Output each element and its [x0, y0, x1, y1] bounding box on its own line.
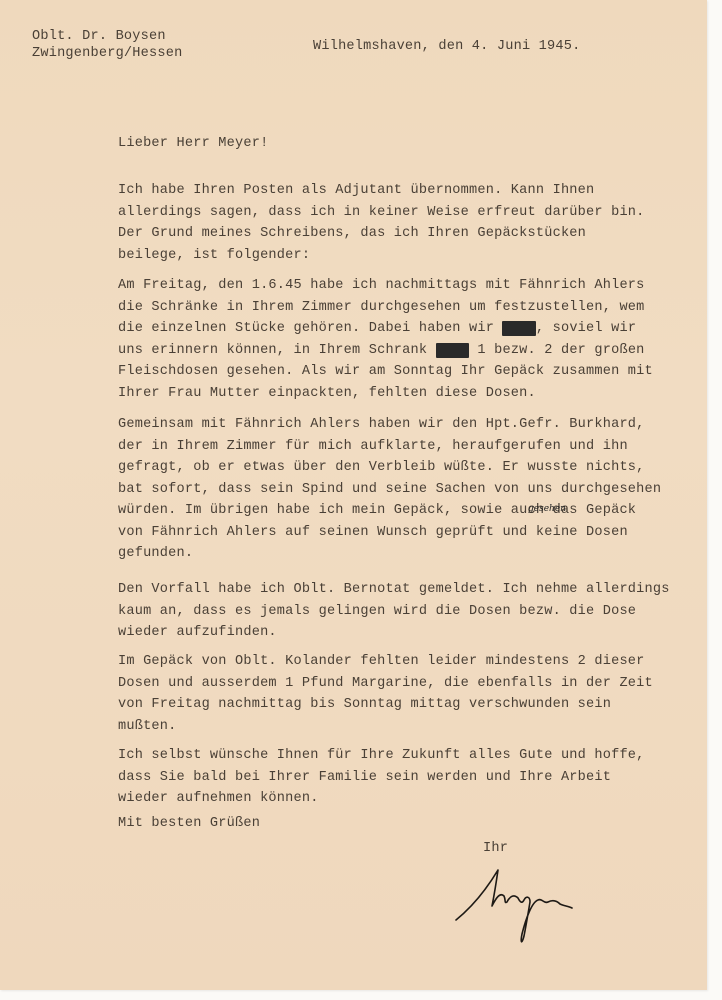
text-line: Ich habe Ihren Posten als Adjutant übern…	[118, 183, 594, 198]
text-line: Im Gepäck von Oblt. Kolander fehlten lei…	[118, 654, 645, 669]
paragraph-3: Gemeinsam mit Fähnrich Ahlers haben wir …	[118, 414, 661, 565]
text-line: Ihrer Frau Mutter einpackten, fehlten di…	[118, 386, 536, 401]
salutation: Lieber Herr Meyer!	[118, 133, 268, 155]
text-line: der in Ihrem Zimmer für mich aufklarte, …	[118, 439, 628, 454]
sender-block: Oblt. Dr. Boysen Zwingenberg/Hessen	[32, 28, 182, 62]
text-line: Dosen und ausserdem 1 Pfund Margarine, d…	[118, 676, 653, 691]
paragraph-4: Den Vorfall habe ich Oblt. Bernotat geme…	[118, 579, 670, 644]
text-line: Fleischdosen gesehen. Als wir am Sonntag…	[118, 364, 653, 379]
text-line: kaum an, dass es jemals gelingen wird di…	[118, 604, 636, 619]
text-line: dass Sie bald bei Ihrer Familie sein wer…	[118, 770, 611, 785]
text-fragment: , soviel wir	[536, 321, 636, 336]
text-line: Der Grund meines Schreibens, das ich Ihr…	[118, 226, 586, 241]
text-line: Am Freitag, den 1.6.45 habe ich nachmitt…	[118, 278, 645, 293]
text-line: allerdings sagen, dass ich in keiner Wei…	[118, 205, 645, 220]
text-line: gefragt, ob er etwas über den Verbleib w…	[118, 460, 645, 475]
text-line: mußten.	[118, 719, 177, 734]
handwritten-signature	[452, 862, 582, 947]
text-fragment: 1 bezw. 2 der großen	[469, 343, 645, 358]
text-line: wieder aufnehmen können.	[118, 791, 319, 806]
text-line: uns erinnern können, in Ihrem Schrank	[118, 343, 436, 358]
struck-out-word: auch	[502, 321, 535, 336]
signoff: Ihr	[483, 838, 508, 860]
text-line: von Fähnrich Ahlers auf seinen Wunsch ge…	[118, 525, 628, 540]
sender-location: Zwingenberg/Hessen	[32, 46, 182, 61]
text-line: bat sofort, dass sein Spind und seine Sa…	[118, 482, 661, 497]
text-line: Gemeinsam mit Fähnrich Ahlers haben wir …	[118, 417, 645, 432]
text-line: von Freitag nachmittag bis Sonntag mitta…	[118, 697, 611, 712]
text-line: die einzelnen Stücke gehören. Dabei habe…	[118, 321, 502, 336]
handwritten-correction: gesehen	[528, 504, 566, 514]
letter-page: Oblt. Dr. Boysen Zwingenberg/Hessen Wilh…	[0, 0, 707, 990]
dateline: Wilhelmshaven, den 4. Juni 1945.	[313, 36, 580, 58]
paragraph-1: Ich habe Ihren Posten als Adjutant übern…	[118, 180, 645, 266]
sender-name: Oblt. Dr. Boysen	[32, 29, 166, 44]
closing: Mit besten Grüßen	[118, 813, 260, 835]
text-line: Den Vorfall habe ich Oblt. Bernotat geme…	[118, 582, 670, 597]
text-line: wieder aufzufinden.	[118, 625, 277, 640]
paragraph-2: Am Freitag, den 1.6.45 habe ich nachmitt…	[118, 275, 653, 404]
text-line: beilege, ist folgender:	[118, 248, 310, 263]
text-line: Ich selbst wünsche Ihnen für Ihre Zukunf…	[118, 748, 645, 763]
struck-out-word: auch	[436, 343, 469, 358]
text-line: die Schränke in Ihrem Zimmer durchgesehe…	[118, 300, 645, 315]
paragraph-6: Ich selbst wünsche Ihnen für Ihre Zukunf…	[118, 745, 645, 810]
text-line: gefunden.	[118, 546, 193, 561]
paragraph-5: Im Gepäck von Oblt. Kolander fehlten lei…	[118, 651, 653, 737]
